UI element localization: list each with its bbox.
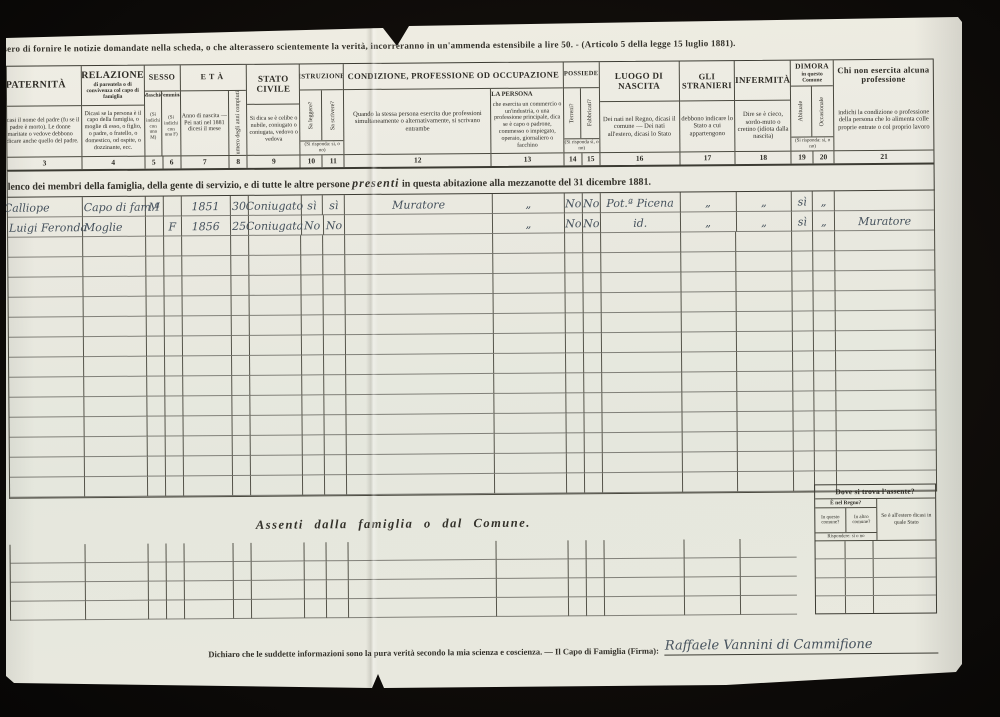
table-cell (836, 370, 935, 391)
head-of-family-signature: Raffaele Vannini di Cammifione (664, 637, 874, 654)
table-cell (497, 597, 569, 617)
table-cell (164, 236, 182, 256)
table-cell (184, 476, 233, 496)
table-cell (837, 390, 936, 411)
table-cell (814, 291, 836, 311)
table-cell (146, 297, 164, 317)
table-cell (583, 273, 601, 293)
table-cell (349, 579, 497, 599)
table-cell: Muratore (835, 210, 934, 231)
condizione-13-la-persona: LA PERSONA che esercita un commercio o u… (491, 88, 563, 166)
absent-box-cell (874, 559, 934, 577)
elenco-suffix: in questa abitazione alla mezzanotte del… (399, 177, 651, 190)
table-cell (304, 542, 326, 561)
table-cell (497, 559, 569, 579)
handwritten-entry: Moglie (83, 220, 124, 236)
table-cell (325, 415, 347, 435)
absent-box-cell (874, 595, 934, 613)
table-cell (8, 277, 83, 298)
table-cell (303, 395, 325, 415)
table-cell (682, 432, 738, 452)
table-cell (183, 376, 232, 396)
sa-scrivere: Sa scrivere? (322, 90, 344, 140)
table-cell (565, 253, 583, 273)
table-cell (252, 599, 305, 618)
table-cell (682, 412, 738, 432)
table-cell (324, 315, 346, 335)
table-cell (566, 333, 584, 353)
table-cell (565, 293, 583, 313)
table-cell (738, 412, 794, 432)
table-cell (183, 436, 232, 456)
infermita-num: 18 (736, 151, 791, 164)
table-cell (9, 377, 84, 398)
table-cell: sì (301, 195, 323, 215)
table-cell (587, 597, 605, 616)
table-cell (584, 433, 602, 453)
table-cell (793, 291, 814, 311)
table-cell (327, 599, 349, 618)
table-cell (183, 416, 232, 436)
table-cell (737, 272, 793, 292)
table-cell (165, 436, 183, 456)
table-cell (249, 235, 302, 255)
table-cell (9, 317, 84, 338)
table-cell (231, 256, 249, 276)
sesso-femmina: Femmina (Si indichi con una F) (162, 91, 180, 155)
table-cell (9, 397, 84, 418)
table-cell (325, 375, 347, 395)
table-cell: Luigi Feronda (8, 217, 83, 238)
table-cell: 1851 (181, 196, 230, 216)
handwritten-entry: sì (797, 194, 808, 210)
column-luogo-nascita: LUOGO DI NASCITA Dei nati nel Regno, dic… (599, 61, 680, 165)
table-cell (601, 312, 681, 333)
table-cell (494, 333, 566, 354)
sesso-maschio: Maschio (Si indichi con una M) (145, 92, 163, 156)
table-cell: „ (813, 211, 835, 231)
absent-box-rows (815, 540, 936, 613)
table-cell (346, 354, 494, 375)
table-cell (835, 230, 934, 251)
table-cell (346, 374, 494, 395)
absent-box-cell (845, 541, 873, 558)
table-cell: Capo di fam.ª (83, 197, 146, 217)
handwritten-entry: 1856 (191, 219, 221, 235)
table-cell (146, 317, 164, 337)
possiede-terreni: Terreni? (564, 88, 582, 138)
sesso-nums: 56 (145, 155, 180, 168)
possiede-title: POSSIEDE (564, 62, 599, 88)
table-cell (302, 295, 324, 315)
dimora-title: DIMORA in questo Comune (791, 60, 833, 86)
table-cell (83, 237, 146, 257)
present-rows-grid: CalliopeCapo di fam.ªM185130Coniugatosìs… (7, 190, 937, 498)
table-cell (86, 601, 149, 620)
column-dimora: DIMORA in questo Comune Abituale Occasio… (791, 60, 835, 163)
handwritten-entry: No (564, 216, 582, 232)
table-cell (234, 581, 252, 600)
absent-box-cell (816, 596, 846, 613)
table-cell (302, 335, 324, 355)
table-cell: Moglie (83, 217, 146, 237)
table-cell (303, 475, 325, 495)
table-cell (792, 231, 813, 251)
absent-box-cell (874, 577, 934, 595)
table-cell (324, 275, 346, 295)
table-cell (601, 292, 681, 313)
table-cell (681, 332, 737, 352)
table-cell (302, 315, 324, 335)
absent-box-cell (846, 559, 874, 576)
table-cell (602, 432, 682, 453)
table-cell (302, 275, 324, 295)
table-cell (10, 437, 85, 458)
table-cell (346, 254, 494, 275)
table-cell (346, 314, 494, 335)
table-cell (737, 252, 793, 272)
table-cell (837, 450, 936, 471)
handwritten-entry: Muratore (391, 197, 446, 213)
table-cell (250, 395, 303, 415)
handwritten-entry: id. (632, 216, 648, 232)
table-cell (164, 276, 182, 296)
table-cell (8, 237, 83, 258)
table-cell: Muratore (345, 194, 493, 215)
table-cell: Calliope (8, 197, 83, 218)
table-cell (146, 217, 164, 237)
table-cell (251, 542, 304, 561)
table-cell (249, 275, 302, 295)
table-cell (324, 255, 346, 275)
table-cell (84, 377, 147, 397)
table-cell: F (164, 216, 182, 236)
table-cell (252, 580, 305, 599)
table-cell (601, 272, 681, 293)
table-cell (147, 377, 165, 397)
handwritten-entry: No (582, 196, 600, 212)
table-cell (166, 476, 184, 496)
table-cell (165, 416, 183, 436)
stato-civile-title: STATO CIVILE (247, 64, 299, 104)
table-cell (165, 396, 183, 416)
table-cell (164, 196, 182, 216)
table-cell (602, 352, 682, 373)
absent-box-cell (846, 596, 874, 613)
table-cell (346, 294, 494, 315)
table-header: PATERNITÀ Dicasi il nome del padre (fu s… (6, 58, 935, 171)
handwritten-entry: No (325, 218, 343, 234)
istruzione-note: (Si risponda: sì, o no) (301, 140, 344, 154)
declaration-text: Dichiaro che le suddette informazioni so… (208, 646, 659, 660)
table-cell (9, 357, 84, 378)
table-cell (584, 373, 602, 393)
dimora-subtitle: in questo Comune (792, 71, 832, 83)
table-cell (324, 355, 346, 375)
absent-box-note: Rispondere: sì o no (815, 532, 876, 540)
table-cell (737, 332, 793, 352)
table-cell (146, 237, 164, 257)
table-cell (347, 454, 495, 475)
table-cell (231, 276, 249, 296)
table-cell (164, 316, 182, 336)
istruzione-title: ISTRUZIONE (300, 64, 343, 90)
table-cell (349, 560, 497, 580)
table-cell (305, 561, 327, 580)
table-cell (164, 296, 182, 316)
table-cell: No (323, 215, 345, 235)
assenti-title: Assenti dalla famiglia o dal Comune. (9, 514, 777, 535)
table-cell (583, 313, 601, 333)
table-cell (681, 312, 737, 332)
table-cell (250, 355, 303, 375)
table-cell (305, 599, 327, 618)
infermita-desc: Dire se è cieco, sordo-muto o cretino (i… (735, 101, 790, 151)
table-cell (737, 232, 793, 252)
chi-non-esercita-num: 21 (835, 149, 934, 163)
handwritten-entry: No (303, 218, 321, 234)
handwritten-entry: M (147, 200, 160, 216)
table-cell: Coniugato (248, 195, 301, 215)
table-cell (682, 372, 738, 392)
table-cell (814, 311, 836, 331)
table-cell (740, 539, 796, 558)
table-cell (148, 457, 166, 477)
table-cell (10, 477, 85, 498)
table-cell (327, 561, 349, 580)
table-cell (302, 355, 324, 375)
column-condizione: CONDIZIONE, PROFESSIONE OD OCCUPAZIONE Q… (344, 62, 564, 167)
column-stranieri: GLI STRANIERI debbono indicare lo Stato … (679, 61, 736, 164)
table-cell (585, 453, 603, 473)
table-cell: No (565, 193, 583, 213)
table-cell (566, 313, 584, 333)
table-cell (303, 415, 325, 435)
legal-notice: ssero di fornire le notizie domandate ne… (0, 36, 970, 54)
table-cell (815, 451, 837, 471)
table-cell (681, 292, 737, 312)
sheet-content: ssero di fornire le notizie domandate ne… (3, 8, 964, 695)
eta-anno: Anno di nascita — Pei nati nel 1881 dice… (181, 91, 230, 155)
handwritten-entry: 1851 (190, 199, 220, 215)
table-cell (185, 562, 234, 581)
absent-box-cell (846, 577, 874, 594)
table-cell (148, 544, 166, 563)
table-cell (149, 582, 167, 601)
luogo-title: LUOGO DI NASCITA (599, 61, 678, 102)
table-cell (185, 581, 234, 600)
handwritten-entry: Muratore (857, 214, 912, 230)
table-cell: „ (493, 193, 565, 214)
table-cell (249, 295, 302, 315)
absent-box-cell (815, 541, 845, 558)
table-cell (327, 580, 349, 599)
table-cell (685, 577, 741, 596)
table-cell (794, 411, 815, 431)
table-cell (249, 255, 302, 275)
table-cell (345, 234, 493, 255)
table-cell (794, 451, 815, 471)
absent-box-row (816, 577, 936, 596)
condizione-12: Quando la stessa persona esercita due pr… (344, 89, 492, 167)
table-cell (604, 539, 684, 559)
handwritten-entry: No (582, 216, 600, 232)
table-cell (10, 544, 85, 564)
table-cell (324, 335, 346, 355)
table-cell (83, 277, 146, 297)
table-cell (232, 396, 250, 416)
table-cell: No (565, 213, 583, 233)
table-cell (347, 414, 495, 435)
table-cell (583, 233, 601, 253)
eta-body: Anno di nascita — Pei nati nel 1881 dice… (181, 91, 247, 156)
stranieri-title: GLI STRANIERI (679, 61, 734, 101)
table-cell (682, 352, 738, 372)
table-cell (566, 373, 584, 393)
table-cell (234, 562, 252, 581)
handwritten-entry: F (167, 219, 177, 235)
table-cell (232, 376, 250, 396)
table-cell (685, 558, 741, 577)
table-cell (737, 292, 793, 312)
table-cell (603, 452, 683, 473)
table-cell (587, 559, 605, 578)
table-cell (738, 432, 794, 452)
absent-box-cell (816, 578, 846, 595)
table-cell (349, 598, 497, 618)
table-cell (741, 596, 797, 615)
table-cell (815, 391, 837, 411)
elenco-prefix: lenco dei membri della famiglia, della g… (8, 179, 353, 193)
table-cell (231, 336, 249, 356)
table-cell: id. (601, 212, 681, 233)
table-cell (149, 601, 167, 620)
relazione-subtitle: di parentela o di convivenza col capo di… (83, 82, 143, 101)
table-cell (583, 253, 601, 273)
table-cell (182, 316, 231, 336)
table-cell (146, 257, 164, 277)
absent-box-estero: Se è all'estero dicasi in quale Stato (877, 498, 935, 539)
table-cell: „ (493, 213, 565, 234)
possiede-nums: 1415 (564, 152, 599, 165)
table-cell (84, 417, 147, 437)
table-cell (837, 410, 936, 431)
declaration-line: Dichiaro che le suddette informazioni so… (208, 634, 938, 659)
table-cell (794, 391, 815, 411)
table-cell: sì (792, 191, 813, 211)
table-cell (232, 436, 250, 456)
luogo-desc: Dei nati nel Regno, dicasi il comune — D… (600, 101, 679, 152)
table-cell (584, 353, 602, 373)
absent-box-head: È nel Regno? In questo comune? In altro … (815, 498, 935, 541)
table-cell (568, 540, 586, 559)
table-cell (584, 393, 602, 413)
table-cell (167, 581, 185, 600)
table-cell (495, 453, 567, 474)
table-cell (165, 336, 183, 356)
table-cell (183, 356, 232, 376)
table-cell (325, 435, 347, 455)
stato-civile-desc: Si dica se è celibe o nubile, coniugato … (248, 104, 300, 154)
table-cell: „ (736, 192, 792, 212)
table-cell (8, 257, 83, 278)
table-cell (681, 252, 737, 272)
census-paper: ssero di fornire le notizie domandate ne… (6, 12, 962, 692)
handwritten-entry: Pot.ª Picena (605, 196, 675, 213)
table-cell (11, 563, 86, 583)
sesso-body: Maschio (Si indichi con una M) Femmina (… (145, 91, 180, 155)
table-cell (85, 437, 148, 457)
table-cell (84, 397, 147, 417)
signature-line: Raffaele Vannini di Cammifione (664, 634, 939, 655)
table-cell (837, 430, 936, 451)
table-cell (602, 392, 682, 413)
relazione-title: RELAZIONE di parentela o di convivenza c… (82, 66, 144, 106)
table-cell (10, 417, 85, 438)
table-cell (565, 273, 583, 293)
paternita-title: PATERNITÀ (7, 66, 81, 107)
table-cell (584, 413, 602, 433)
table-cell (183, 336, 232, 356)
table-cell: „ (736, 212, 792, 232)
possiede-note: (Si risponda sì, o no) (564, 138, 599, 152)
table-cell (9, 337, 84, 358)
table-cell (836, 270, 935, 291)
table-cell (793, 371, 814, 391)
table-cell (231, 296, 249, 316)
sesso-title: SESSO (144, 65, 179, 91)
table-cell (249, 335, 302, 355)
table-cell (164, 256, 182, 276)
stato-civile-num: 9 (248, 154, 300, 167)
table-cell (182, 256, 231, 276)
handwritten-entry: Coniugata (245, 218, 304, 234)
table-cell: sì (792, 211, 813, 231)
dimora-occasionale: Occasionale (812, 86, 834, 136)
table-cell (325, 395, 347, 415)
table-cell (83, 257, 146, 277)
table-cell (815, 431, 837, 451)
table-cell (584, 333, 602, 353)
table-cell: 1856 (182, 216, 231, 236)
paternita-num: 3 (7, 156, 81, 170)
table-cell (605, 596, 685, 616)
table-cell (738, 452, 794, 472)
table-cell (345, 214, 493, 235)
table-cell (737, 352, 793, 372)
column-infermita: INFERMITÀ Dire se è cieco, sordo-muto o … (735, 61, 792, 164)
table-cell (301, 235, 323, 255)
table-cell (185, 600, 234, 619)
table-cell (567, 473, 585, 493)
table-cell (86, 582, 149, 601)
table-cell (323, 235, 345, 255)
condizione-body: Quando la stessa persona esercita due pr… (344, 88, 563, 167)
table-cell (84, 357, 147, 377)
table-cell (494, 353, 566, 374)
absent-box-row (815, 540, 935, 559)
table-cell (494, 373, 566, 394)
table-cell (250, 375, 303, 395)
table-cell (147, 337, 165, 357)
table-cell (586, 540, 604, 559)
table-cell (681, 272, 737, 292)
table-cell (738, 472, 794, 492)
table-cell (347, 394, 495, 415)
table-cell (493, 233, 565, 254)
table-cell (346, 274, 494, 295)
table-cell (232, 416, 250, 436)
